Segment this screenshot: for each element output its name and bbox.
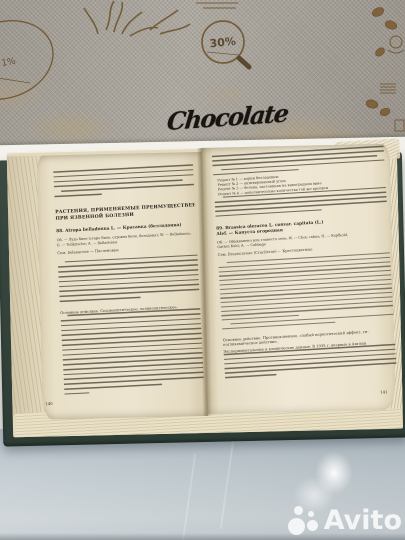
percent-badge-caption-line [0,78,30,83]
text-line-bar [64,392,89,395]
left-page-text: РАСТЕНИЯ, ПРИМЕНЯЕМЫЕ ПРЕИМУЩЕСТВЕННОПРИ… [53,164,205,421]
text-line-bar [225,374,277,378]
avito-logo-icon [288,505,319,536]
small-sketch [395,120,404,131]
open-book: РАСТЕНИЯ, ПРИМЕНЯЕМЫЕ ПРЕИМУЩЕСТВЕННОПРИ… [0,141,405,448]
coffee-cup-icon [388,36,404,53]
text-line-bar [54,193,102,197]
shelf-streak [182,453,197,540]
right-page-text: Рецепт № 1 — корни белладонныРецепт № 2 … [212,146,399,406]
text-line-bar [221,159,384,170]
coffee-beans-icon [365,6,398,117]
magnifier-caption-line [207,52,239,55]
fabric-background: 1% 30% Chocolate [0,0,405,150]
shelf-streak [220,439,235,528]
magnifier-handle-icon [239,58,249,67]
tree-sketch [84,1,190,36]
thirty-percent-badge-label: 30% [209,35,237,51]
text-line-bar [64,384,162,390]
percent-badge-label: 1% [1,57,17,69]
page-number-left: 140 [45,401,52,406]
hatch-sketch [380,84,396,93]
avito-watermark-label: Avito [324,507,402,534]
photo-of-open-book: 1% 30% Chocolate РАСТЕНИЯ, ПРИМЕНЯЕМЫЕ П… [0,0,405,540]
page-number-right: 141 [380,390,387,395]
dash-lines [196,3,238,8]
avito-watermark: Avito [288,505,402,536]
